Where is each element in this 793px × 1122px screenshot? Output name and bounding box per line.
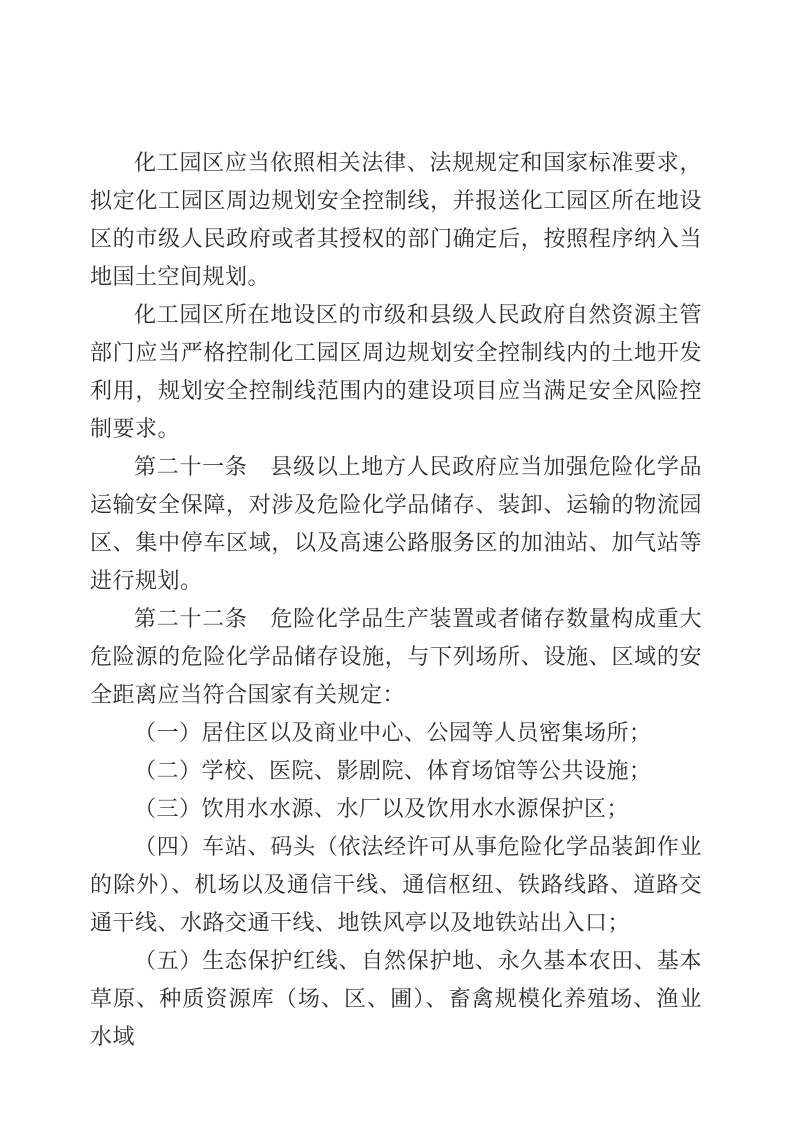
list-item-2: （二）学校、医院、影剧院、体育场馆等公共设施； xyxy=(90,752,702,790)
list-item-4: （四）车站、码头（依法经许可从事危险化学品装卸作业的除外）、机场以及通信干线、通… xyxy=(90,828,702,942)
list-item-3: （三）饮用水水源、水厂以及饮用水水源保护区； xyxy=(90,790,702,828)
paragraph-article-21: 第二十一条 县级以上地方人民政府应当加强危险化学品运输安全保障，对涉及危险化学品… xyxy=(90,448,702,600)
list-item-5: （五）生态保护红线、自然保护地、永久基本农田、基本草原、种质资源库（场、区、圃）… xyxy=(90,942,702,1056)
document-page: 化工园区应当依照相关法律、法规规定和国家标准要求，拟定化工园区周边规划安全控制线… xyxy=(0,0,793,1122)
list-item-1: （一）居住区以及商业中心、公园等人员密集场所； xyxy=(90,714,702,752)
paragraph-2: 化工园区所在地设区的市级和县级人民政府自然资源主管部门应当严格控制化工园区周边规… xyxy=(90,296,702,448)
paragraph-1: 化工园区应当依照相关法律、法规规定和国家标准要求，拟定化工园区周边规划安全控制线… xyxy=(90,144,702,296)
paragraph-article-22: 第二十二条 危险化学品生产装置或者储存数量构成重大危险源的危险化学品储存设施，与… xyxy=(90,600,702,714)
document-body: 化工园区应当依照相关法律、法规规定和国家标准要求，拟定化工园区周边规划安全控制线… xyxy=(90,144,702,1056)
